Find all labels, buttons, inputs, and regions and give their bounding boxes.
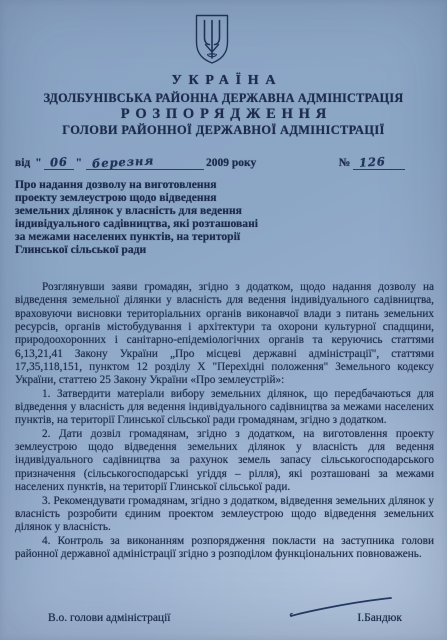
signer-name: І.Бандюк — [357, 612, 402, 624]
subject-line: земельних ділянок у власність для веденн… — [15, 205, 315, 218]
number-label: № — [339, 157, 351, 169]
signer-position: В.о. голови адміністрації — [48, 612, 170, 624]
quote-close: " — [76, 157, 82, 169]
scanned-directive-document: УКРАЇНА ЗДОЛБУНІВСЬКА РАЙОННА ДЕРЖАВНА А… — [0, 0, 447, 640]
subject-line: індивідуального садівництва, які розташо… — [15, 218, 315, 231]
preamble-paragraph: Розглянувши заяви громадян, згідно з дод… — [15, 281, 434, 388]
body-text: Розглянувши заяви громадян, згідно з дод… — [15, 281, 434, 561]
handwritten-day-field: 06 — [44, 155, 74, 170]
date-number-line: від " 06 " березня 2009 року № 126 — [15, 155, 433, 170]
country-title: УКРАЇНА — [0, 73, 447, 89]
document-number: № 126 — [339, 155, 405, 170]
date-year: 2009 року — [206, 157, 256, 169]
subject-line: Глинської сільської ради — [15, 244, 315, 257]
handwritten-day: 06 — [49, 155, 68, 170]
item-4-paragraph: 4. Контроль за виконанням розпорядження … — [15, 535, 434, 562]
handwritten-number-field: 126 — [353, 155, 405, 170]
quote-open: " — [35, 157, 41, 169]
date-prefix: від — [15, 157, 30, 169]
subject-block: Про надання дозволу на виготовлення прое… — [15, 179, 315, 256]
subject-line: проекту землеустрою щодо відведення — [15, 192, 315, 205]
item-3-paragraph: 3. Рекомендувати громадянам, згідно з до… — [15, 495, 434, 535]
item-1-paragraph: 1. Затвердити матеріали вибору земельних… — [15, 388, 434, 428]
signature-line: В.о. голови адміністрації І.Бандюк — [48, 612, 402, 624]
item-2-paragraph: 2. Дати дозвіл громадянам, згідно з дода… — [15, 428, 434, 495]
handwritten-month: березня — [92, 153, 155, 170]
authority-title: ЗДОЛБУНІВСЬКА РАЙОННА ДЕРЖАВНА АДМІНІСТР… — [0, 91, 447, 106]
handwritten-number: 126 — [359, 154, 386, 169]
handwritten-month-field: березня — [86, 155, 204, 170]
issuer-title: ГОЛОВИ РАЙОННОЇ ДЕРЖАВНОЇ АДМІНІСТРАЦІЇ — [0, 123, 447, 138]
subject-line: Про надання дозволу на виготовлення — [15, 179, 315, 192]
coat-of-arms-trident-icon — [193, 13, 231, 65]
subject-line: за межами населених пунктів, на територі… — [15, 231, 315, 244]
document-type-title: РОЗПОРЯДЖЕННЯ — [0, 106, 447, 123]
